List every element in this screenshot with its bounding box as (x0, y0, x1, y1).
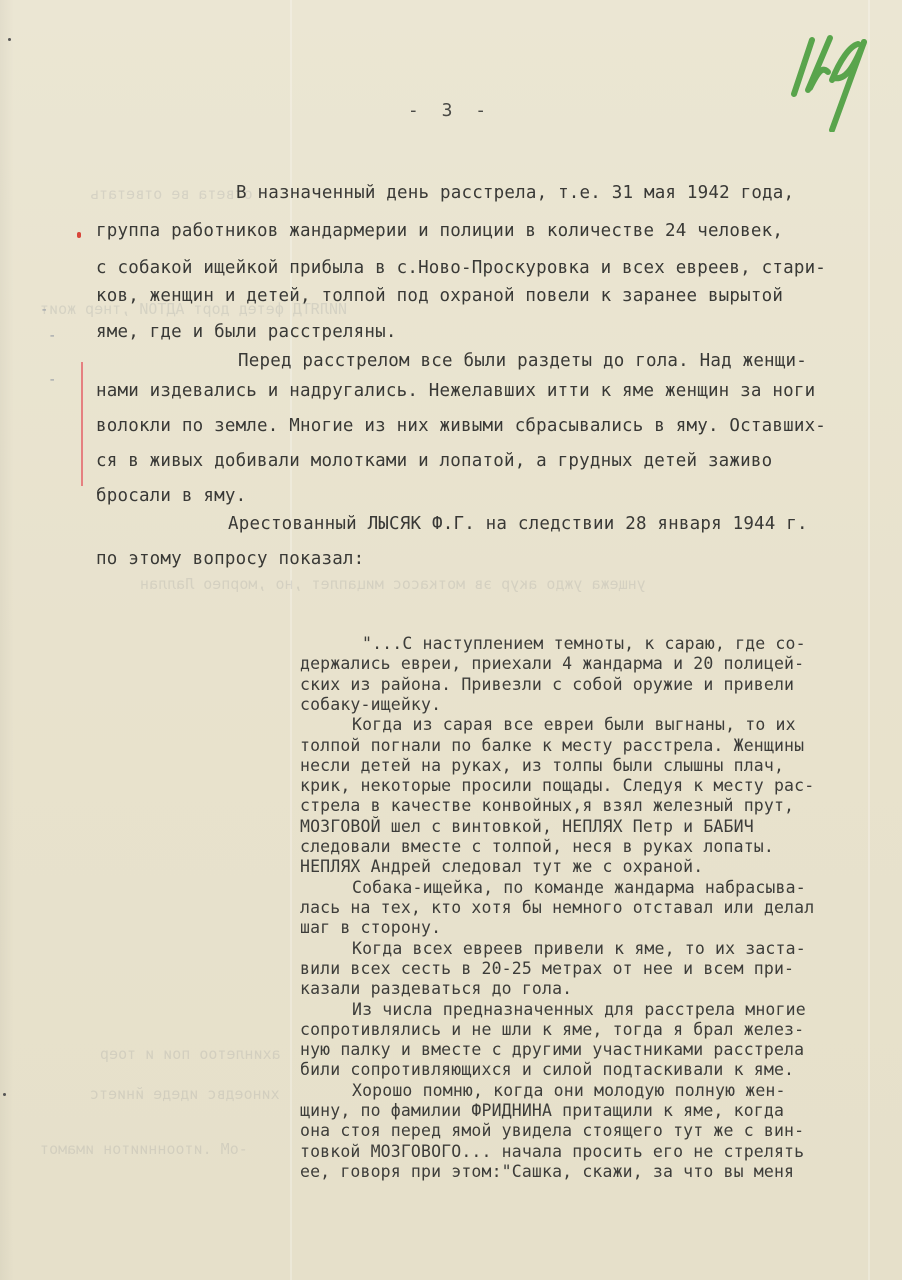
speck (3, 1093, 6, 1096)
body-line: яме, где и были расстреляны. (96, 322, 397, 342)
quote-line: Когда всех евреев привели к яме, то их з… (352, 939, 806, 958)
quote-line: следовали вместе с толпой, неся в руках … (300, 837, 774, 856)
quote-line: ее, говоря при этом:"Сашка, скажи, за чт… (300, 1162, 794, 1181)
quote-line: она стоя перед ямой увидела стоящего тут… (300, 1121, 804, 1140)
quote-line: стрела в качестве конвойных,я взял желез… (300, 796, 794, 815)
quote-line: вили всех сесть в 20-25 метрах от нее и … (300, 959, 794, 978)
quote-line: собаку-ищейку. (300, 695, 441, 714)
body-line: группа работников жандармерии и полиции … (96, 221, 783, 241)
quote-line: шаг в сторону. (300, 918, 441, 937)
body-line: по этому вопросу показал: (96, 549, 364, 569)
bleed-through: унщежа уждо акур эв моткасос мицаплет ,н… (140, 575, 646, 593)
quote-line: Когда из сарая все евреи были выгнаны, т… (352, 715, 796, 734)
quote-line: казали раздеваться до гола. (300, 979, 572, 998)
margin-red-dot (77, 232, 81, 238)
body-line: с собакой ищейкой прибыла в с.Ново-Проск… (96, 258, 826, 278)
body-line: ков, женщин и детей, толпой под охраной … (96, 286, 783, 306)
quote-line: толпой погнали по балке к месту расстрел… (300, 736, 804, 755)
body-line: нами издевались и надругались. Нежелавши… (96, 381, 815, 401)
quote-line: щину, по фамилии ФРИДНИНА притащили к ям… (300, 1101, 784, 1120)
quote-line: лась на тех, кто хотя бы немного отстава… (300, 898, 814, 917)
quote-line: держались евреи, приехали 4 жандарма и 2… (300, 654, 804, 673)
quote-line: товкой МОЗГОВОГО... начала просить его н… (300, 1142, 804, 1161)
body-line: Перед расстрелом все были раздеты до гол… (238, 351, 807, 371)
body-line: В назначенный день расстрела, т.е. 31 ма… (236, 183, 794, 203)
bleed-through: -оМ .итоонниитон имамот (40, 1140, 248, 1158)
quote-line: ских из района. Привезли с собой оружие … (300, 675, 794, 694)
margin-dash: - (48, 372, 56, 388)
quote-line: Хорошо помню, когда они молодую полную ж… (352, 1081, 786, 1100)
quote-line: Из числа предназначенных для расстрела м… (352, 1000, 806, 1019)
quote-line: несли детей на руках, из толпы были слыш… (300, 756, 784, 775)
bleed-through: хиноедвс идеде йниетс (90, 1085, 280, 1103)
quote-line: крик, некоторые просили пощады. Следуя к… (300, 776, 814, 795)
body-line: Арестованный ЛЫСЯК Ф.Г. на следствии 28 … (228, 514, 808, 534)
bleed-through: ответа ве ответать (90, 185, 253, 203)
margin-red-line (81, 362, 83, 486)
document-page: ответа ве ответать ИИЛЯТД фетед дорт АДТ… (0, 0, 902, 1280)
speck (8, 38, 11, 41)
body-line: ся в живых добивали молотками и лопатой,… (96, 451, 772, 471)
margin-dash: - (40, 302, 48, 318)
quote-line: сопротивлялись и не шли к яме, тогда я б… (300, 1020, 804, 1039)
bleed-through: ахинлетоо пои и тоер (100, 1045, 281, 1063)
signature-mark (788, 32, 878, 132)
body-line: волокли по земле. Многие из них живыми с… (96, 416, 826, 436)
quote-line: "...С наступлением темноты, к сараю, где… (362, 634, 806, 653)
page-number: - 3 - (400, 100, 500, 121)
body-line: бросали в яму. (96, 486, 246, 506)
paper-fold (868, 0, 870, 1280)
quote-line: МОЗГОВОЙ шел с винтовкой, НЕПЛЯХ Петр и … (300, 817, 754, 836)
quote-line: Собака-ищейка, по команде жандарма набра… (352, 878, 806, 897)
quote-line: били сопротивляющихся и силой подтаскива… (300, 1060, 794, 1079)
margin-dash: - (48, 328, 56, 344)
quote-line: ную палку и вместе с другими участниками… (300, 1040, 804, 1059)
quote-line: НЕПЛЯХ Андрей следовал тут же с охраной. (300, 857, 703, 876)
